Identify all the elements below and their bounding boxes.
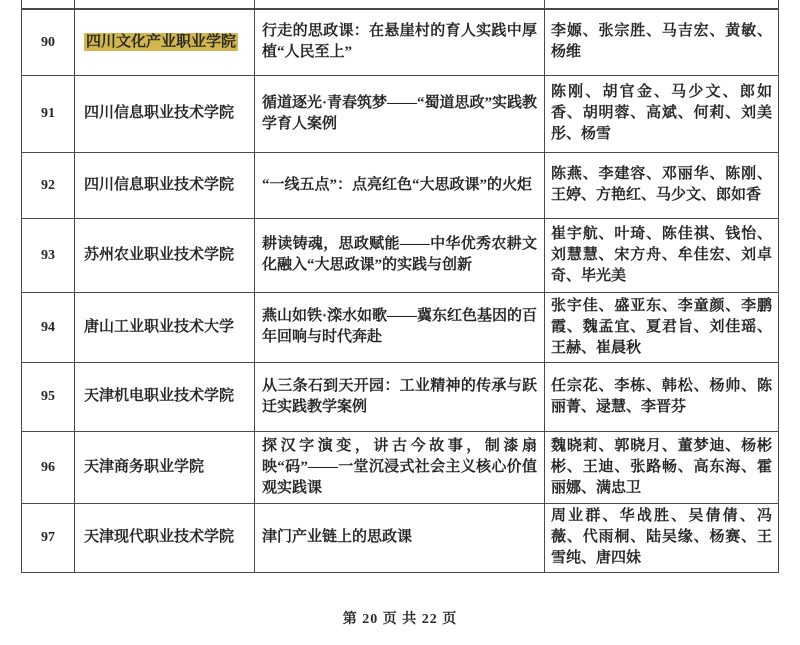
- team-members-cell: 任宗花、李栋、韩松、杨帅、陈丽菁、逯慧、李晋芬: [545, 362, 779, 431]
- page-footer: 第 20 页 共 22 页: [0, 608, 800, 628]
- row-number-cell: 90: [22, 9, 75, 75]
- empty-cell: [545, 0, 779, 9]
- case-title-cell: 探汉字演变，讲古今故事，制漆扇映“码”——一堂沉浸式社会主义核心价值观实践课: [255, 431, 545, 503]
- previous-row-remnant: [22, 0, 779, 9]
- school-name: 四川信息职业技术学院: [84, 105, 234, 121]
- school-name: 天津机电职业技术学院: [84, 388, 234, 404]
- table-row: 91四川信息职业技术学院循道逐光·青春筑梦——“蜀道思政”实践教学育人案例陈刚、…: [22, 75, 779, 152]
- table-row: 94唐山工业职业技术大学燕山如铁·滦水如歌——冀东红色基因的百年回响与时代奔赴张…: [22, 292, 779, 362]
- team-members-cell: 崔宇航、叶琦、陈佳祺、钱怡、刘慧慧、宋方舟、牟佳宏、刘卓奇、毕光美: [545, 218, 779, 292]
- school-name-highlighted: 四川文化产业职业学院: [84, 33, 238, 51]
- cases-table: 90四川文化产业职业学院行走的思政课：在悬崖村的育人实践中厚植“人民至上”李嫄、…: [21, 0, 779, 573]
- school-name: 苏州农业职业技术学院: [84, 247, 234, 263]
- row-number-cell: 95: [22, 362, 75, 431]
- school-cell: 唐山工业职业技术大学: [75, 292, 255, 362]
- table-row: 95天津机电职业技术学院从三条石到天开园：工业精神的传承与跃迁实践教学案例任宗花…: [22, 362, 779, 431]
- school-name: 唐山工业职业技术大学: [84, 319, 234, 335]
- team-members-cell: 魏晓莉、郭晓月、董梦迪、杨彬彬、王迪、张路畅、高东海、霍丽娜、满忠卫: [545, 431, 779, 503]
- case-title-cell: 津门产业链上的思政课: [255, 503, 545, 572]
- school-cell: 天津现代职业技术学院: [75, 503, 255, 572]
- team-members-cell: 张宇佳、盛亚东、李童颜、李鹏霞、魏孟宜、夏君旨、刘佳瑶、王赫、崔晨秋: [545, 292, 779, 362]
- case-title-cell: 行走的思政课：在悬崖村的育人实践中厚植“人民至上”: [255, 9, 545, 75]
- row-number-cell: 97: [22, 503, 75, 572]
- row-number-cell: 91: [22, 75, 75, 152]
- school-cell: 苏州农业职业技术学院: [75, 218, 255, 292]
- table-row: 93苏州农业职业技术学院耕读铸魂，思政赋能——中华优秀农耕文化融入“大思政课”的…: [22, 218, 779, 292]
- row-number-cell: 93: [22, 218, 75, 292]
- case-title-cell: 燕山如铁·滦水如歌——冀东红色基因的百年回响与时代奔赴: [255, 292, 545, 362]
- row-number-cell: 96: [22, 431, 75, 503]
- case-title-cell: “一线五点”：点亮红色“大思政课”的火炬: [255, 152, 545, 218]
- page-number-text: 第 20 页 共 22 页: [343, 612, 458, 627]
- school-cell: 四川信息职业技术学院: [75, 152, 255, 218]
- school-name: 天津商务职业学院: [84, 459, 204, 475]
- empty-cell: [22, 0, 75, 9]
- case-title-cell: 循道逐光·青春筑梦——“蜀道思政”实践教学育人案例: [255, 75, 545, 152]
- table-row: 97天津现代职业技术学院津门产业链上的思政课周业群、华战胜、吴倩倩、冯薇、代雨桐…: [22, 503, 779, 572]
- team-members-cell: 陈燕、李建容、邓丽华、陈刚、王婷、方艳红、马少文、郎如香: [545, 152, 779, 218]
- empty-cell: [255, 0, 545, 9]
- table-row: 96天津商务职业学院探汉字演变，讲古今故事，制漆扇映“码”——一堂沉浸式社会主义…: [22, 431, 779, 503]
- school-name: 四川信息职业技术学院: [84, 177, 234, 193]
- school-cell: 天津机电职业技术学院: [75, 362, 255, 431]
- table-row: 90四川文化产业职业学院行走的思政课：在悬崖村的育人实践中厚植“人民至上”李嫄、…: [22, 9, 779, 75]
- row-number-cell: 92: [22, 152, 75, 218]
- school-cell: 四川文化产业职业学院: [75, 9, 255, 75]
- team-members-cell: 李嫄、张宗胜、马吉宏、黄敏、杨维: [545, 9, 779, 75]
- document-page: 90四川文化产业职业学院行走的思政课：在悬崖村的育人实践中厚植“人民至上”李嫄、…: [0, 0, 800, 645]
- table-row: 92四川信息职业技术学院“一线五点”：点亮红色“大思政课”的火炬陈燕、李建容、邓…: [22, 152, 779, 218]
- case-title-cell: 从三条石到天开园：工业精神的传承与跃迁实践教学案例: [255, 362, 545, 431]
- case-title-cell: 耕读铸魂，思政赋能——中华优秀农耕文化融入“大思政课”的实践与创新: [255, 218, 545, 292]
- school-cell: 天津商务职业学院: [75, 431, 255, 503]
- school-name: 天津现代职业技术学院: [84, 529, 234, 545]
- team-members-cell: 陈刚、胡官金、马少文、郎如香、胡明蓉、高斌、何莉、刘美彤、杨雪: [545, 75, 779, 152]
- row-number-cell: 94: [22, 292, 75, 362]
- team-members-cell: 周业群、华战胜、吴倩倩、冯薇、代雨桐、陆吴缘、杨赛、王雪纯、唐四妹: [545, 503, 779, 572]
- school-cell: 四川信息职业技术学院: [75, 75, 255, 152]
- empty-cell: [75, 0, 255, 9]
